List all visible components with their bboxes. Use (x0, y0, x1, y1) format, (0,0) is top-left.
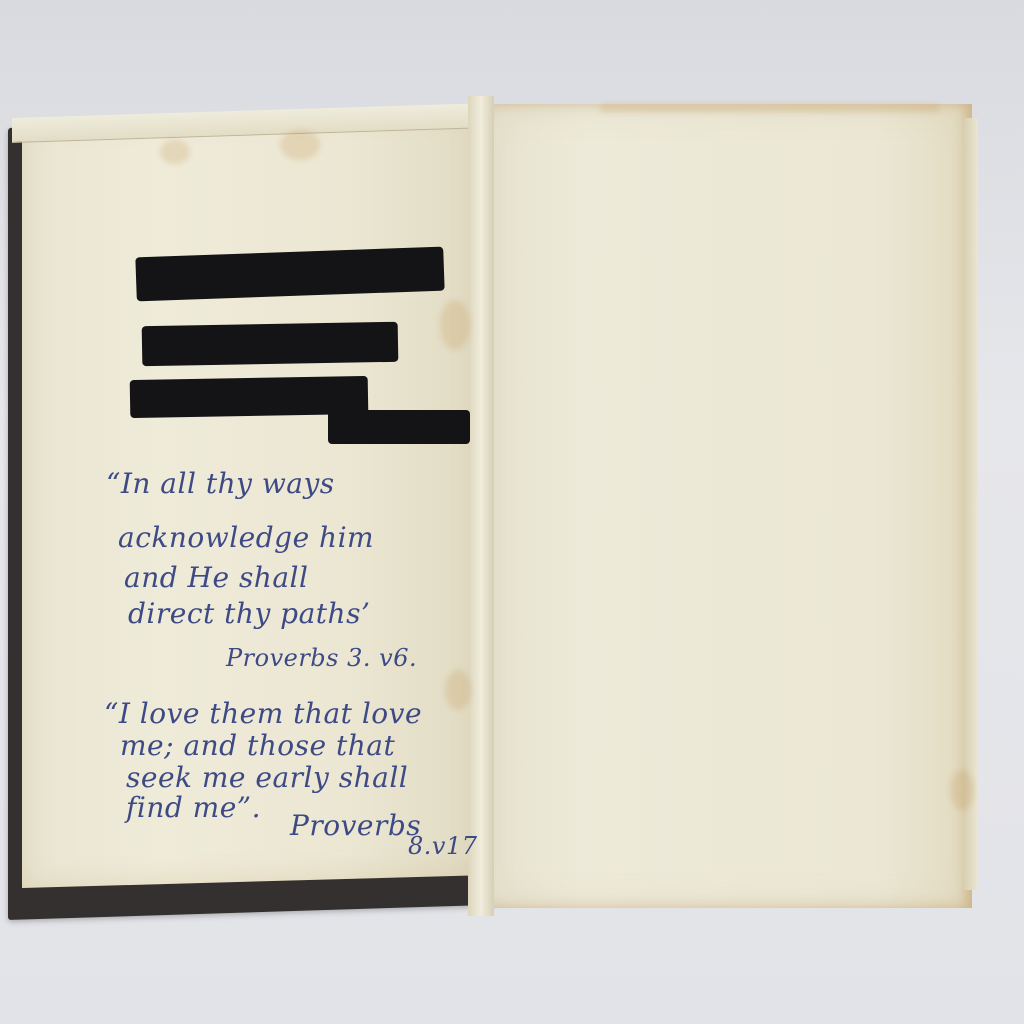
quote-2-line-1: “I love them that love (104, 700, 422, 728)
foxing-stain (950, 770, 974, 810)
quote-1-line-3: and He shall (124, 564, 308, 592)
right-page (486, 104, 972, 908)
quote-1-line-4: direct thy paths’ (128, 600, 370, 628)
foxing-stain (445, 670, 471, 710)
quote-2-line-4: find me”. (126, 794, 261, 822)
book-photo: “In all thy ways acknowledge him and He … (0, 0, 1024, 1024)
quote-1-line-2: acknowledge him (118, 524, 374, 552)
foxing-stain (160, 140, 190, 164)
foxing-stain (280, 130, 320, 160)
quote-1-reference: Proverbs 3. v6. (226, 646, 417, 670)
quote-2-line-2: me; and those that (120, 732, 395, 760)
foxing-stain (440, 300, 470, 350)
quote-2-line-3: seek me early shall (126, 764, 408, 792)
book-gutter (468, 96, 494, 916)
redaction-bar (142, 322, 399, 366)
redaction-bar (328, 410, 470, 444)
foxing-stain (600, 104, 940, 112)
quote-2-reference-word: Proverbs (290, 812, 421, 840)
quote-2-reference-num: 8.v17 (408, 834, 478, 858)
quote-1-line-1: “In all thy ways (106, 470, 335, 498)
